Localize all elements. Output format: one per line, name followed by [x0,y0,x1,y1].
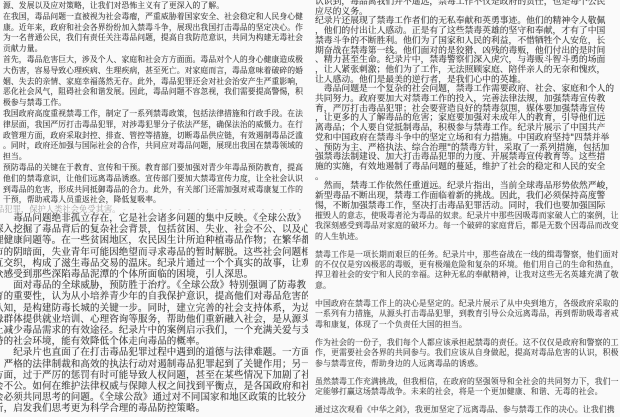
text-line: 定能够打赢这场禁毒战争。未来的社会，将是一个更加健康、和谐、无毒的社会。 [315,387,619,397]
text-line: 毒品问题绝非孤立存在，它是社会诸多问题的集中反映。《全球公敌》 [0,213,308,224]
text-line: 市的阴暗面，失业青年可能因绝望而寻求毒品的暂时解脱。这些社会问题相 [0,247,308,258]
text-line: 意。 [315,281,619,291]
text-line: 面对毒品的全球威胁，预防胜于治疗。《全球公敌》特别强调了防毒教 [0,280,308,291]
text-line: 极参与禁毒工作。 [3,98,303,109]
right-bottom-text-block: 摧毁人的意志，使吸毒者沦为毒品的奴隶。纪录片中那些因吸毒而家破人亡的案例，让我深… [315,211,619,417]
text-line: 捍卫着社会的安宁和人民的幸福。这种无私的奉献精神，让我对这些无名英雄充满了敬 [315,270,619,280]
text-line: 施的实施，有效地遏制了毒品问题的蔓延，维护了社会的稳定和人民的安全 [315,163,614,173]
text-line: 在我国，毒品问题一直被视为社会毒瘤，严重威胁着国家安全、社会稳定和人民身心健 [3,12,303,23]
text-line: 律层面，我国严厉打击毒品犯罪，对涉毒犯罪分子依法严惩，确保法治的威慑力。在行 [3,120,303,131]
right-page-region: 认识到，毒品离我们并不遥远，禁毒工作不仅是政府的责任，也是每个公民应尽的义务。纪… [313,0,620,417]
paragraph: 通过这次观看《中华之剑》，我更加坚定了远离毒品、参与禁毒工作的决心。让我们携 [315,405,619,415]
text-line: 政管理方面，政府采取封控、排查、管控等措施，切断毒品供应链，有效遏制毒品泛滥 [3,131,303,142]
text-line: 姻、失去的亲情、家庭幸福荡然无存。此外，毒品犯罪还会对社会治安产生严重影响， [3,77,303,88]
text-line: 缘群体提供就业培训、心理咨询等服务，帮助他们重新融入社会，是从源头 [0,314,308,325]
text-line: 贡献力量。 [3,44,303,55]
text-line: 育的重要性，认为从小培养青少年的自我保护意识，提高他们对毒品危害的 [0,291,308,302]
text-line: 我国政府高度重视禁毒工作，制定了一系列禁毒政策，包括法律措施和行政手段。在法 [3,109,303,120]
text-line: 。同时，政府还加强与国际社会的合作，共同应对毒品问题，展现出我国在禁毒领域的 [3,141,303,152]
text-line: 作，更需要社会各界的共同参与。我们应该从自身做起，提高对毒品危害的认识，积极 [315,348,619,358]
text-line: ，严格的法律制裁和高效的执法行动对遏制毒品犯罪起到了关键作用；另一 [0,359,308,370]
text-line: 会不公。如何在维护法律权威与保障人权之间找到平衡点，是各国政府和社 [0,381,308,392]
text-line: 摧毁人的意志，使吸毒者沦为毒品的奴隶。纪录片中那些因吸毒而家破人亡的案例，让 [315,211,619,221]
paragraph: 虽然禁毒工作充满挑战，但我相信，在政府的坚强领导和全社会的共同努力下，我们一定能… [315,377,619,398]
text-line: 互交织，构成了滋生毒品交易的温床。纪录片通过一个个真实的故事，让观 [0,258,308,269]
text-line: 到毒品的危害，形成共同抵御毒品的合力。此外，有关部门还需加强对戒毒康复工作的 [3,185,303,196]
text-line: 会必须共同思考的问题。《全球公敌》通过对不同国家和地区政策的比较分 [0,392,308,403]
text-line: 参与禁毒宣传，帮助身边的人远离毒品的诱惑。 [315,359,619,369]
text-line: 通过这次观看《中华之剑》，我更加坚定了远离毒品、参与禁毒工作的决心。让我们携 [315,405,619,415]
text-line: 担当。 [3,152,303,163]
text-line: 毒和康复，体现了一个负责任大国的担当。 [315,320,619,330]
text-line: 作为社会的一份子，我们每个人都应该承担起禁毒的责任。这不仅仅是政府和警察的工 [315,338,619,348]
text-line: 纪录片也直面了在打击毒品犯罪过程中遇到的道德与法律难题。一方面 [0,347,308,358]
text-line: 他们的禁毒意识，让他们远离毒品诱惑。宣传部门要加大禁毒宣传力度，让全社会认识 [3,174,303,185]
text-line: 惕，不断加强禁毒工作，坚决打击毒品犯罪活动。同时，我们也要加强国际 [315,202,614,212]
text-line: 上减少毒品需求的有效途径。纪录片中的案例启示我们，一个充满关爱与支 [0,325,308,336]
text-line: 首先，毒品危害巨大，涉及个人、家庭和社会方方面面。毒品对个人的身心健康造成极 [3,55,303,66]
text-line: 一系列有力措施，从源头打击毒品犯罪，到教育引导公众远离毒品，再到帮助吸毒者戒 [315,309,619,319]
left-page-region: 源、发展以及应对策略，让我们对恐怖主义有了更深入的了解。在我国，毒品问题一直被视… [0,0,308,417]
text-line: 禁毒工作是一项长期而艰巨的任务。纪录片中，那些奋战在一线的缉毒警察，他们面对 [315,250,619,260]
text-line: 虽然禁毒工作充满挑战，但我相信，在政府的坚强领导和全社会的共同努力下，我们一 [315,377,619,387]
text-line: 理健康问题等。在一些贫困地区，农民因生计所迫种植毒品作物；在繁华都 [0,235,308,246]
paragraph: 作为社会的一份子，我们每个人都应该承担起禁毒的责任。这不仅仅是政府和警察的工作，… [315,338,619,369]
paragraph: 禁毒工作是一项长期而艰巨的任务。纪录片中，那些奋战在一线的缉毒警察，他们面对的不… [315,250,619,291]
left-bottom-text-block: 毒品问题绝非孤立存在，它是社会诸多问题的集中反映。《全球公敌》深入挖掘了毒品背后… [0,213,308,415]
text-line: 众感受到那些深陷毒品泥潭的个体所面临的困境，引人深思。 [0,269,308,280]
text-line: 我深刻感受到毒品对家庭的破坏力。每一个破碎的家庭背后，都是无数个因毒品而改变 [315,221,619,231]
document-page: 源、发展以及应对策略，让我们对恐怖主义有了更深入的了解。在我国，毒品问题一直被视… [0,0,620,417]
paragraph: 摧毁人的意志，使吸毒者沦为毒品的奴隶。纪录片中那些因吸毒而家破人亡的案例，让我深… [315,211,619,242]
text-line: 恶化社会风气，阻碍社会和谐发展。因此，毒品问题不容忽视，我们需要提高警惕，积 [3,87,303,98]
text-line: 认知，是构建防毒长城的关键一步。同时，建立完善的社会支持体系，为边 [0,303,308,314]
text-line: 持的社会环境，能有效降低个体走向毒品的概率。 [0,336,308,347]
right-top-text-block: 认识到，毒品离我们并不遥远，禁毒工作不仅是政府的责任，也是每个公民应尽的义务。纪… [315,0,614,211]
text-line: 大伤害，容易导致心理疾病、生理疾病，甚至死亡。对家庭而言，毒品意味着破碎的婚 [3,66,303,77]
text-line: 为一名普通公民，我们有责任关注毒品问题，提高自我防范意识，共同为构建无毒社会 [3,33,303,44]
text-line: 深入挖掘了毒品背后的复杂社会背景，包括贫困、失业、社会不公、以及心 [0,224,308,235]
paragraph: 中国政府在禁毒工作上的决心是坚定的。纪录片展示了从中央到地方，各级政府采取的一系… [315,299,619,330]
text-line: 康。近年来，政府和社会各界纷纷加入禁毒斗争，展现出我国打击毒品的坚定决心。作 [3,23,303,34]
text-line: 预防毒品的关键在于教育、宣传和干预。教育部门要加强对青少年毒品预防教育，提高 [3,163,303,174]
text-line: 的不仅仅是穷凶极恶的毒贩，更有极端危险和复杂的环境。他们用自己的生命和热血， [315,260,619,270]
text-line: 源、发展以及应对策略，让我们对恐怖主义有了更深入的了解。 [3,1,303,12]
text-line: 中国政府在禁毒工作上的决心是坚定的。纪录片展示了从中央到地方，各级政府采取的 [315,299,619,309]
text-line: 方面，过于严厉的惩罚有时可能导致人权问题，甚至在某些情况下加剧了社 [0,370,308,381]
text-line: 的人生轨迹。 [315,232,619,242]
left-top-text-block: 源、发展以及应对策略，让我们对恐怖主义有了更深入的了解。在我国，毒品问题一直被视… [3,1,303,206]
text-line: 析，启发我们思考更为科学合理的毒品防控策略。 [0,403,308,414]
